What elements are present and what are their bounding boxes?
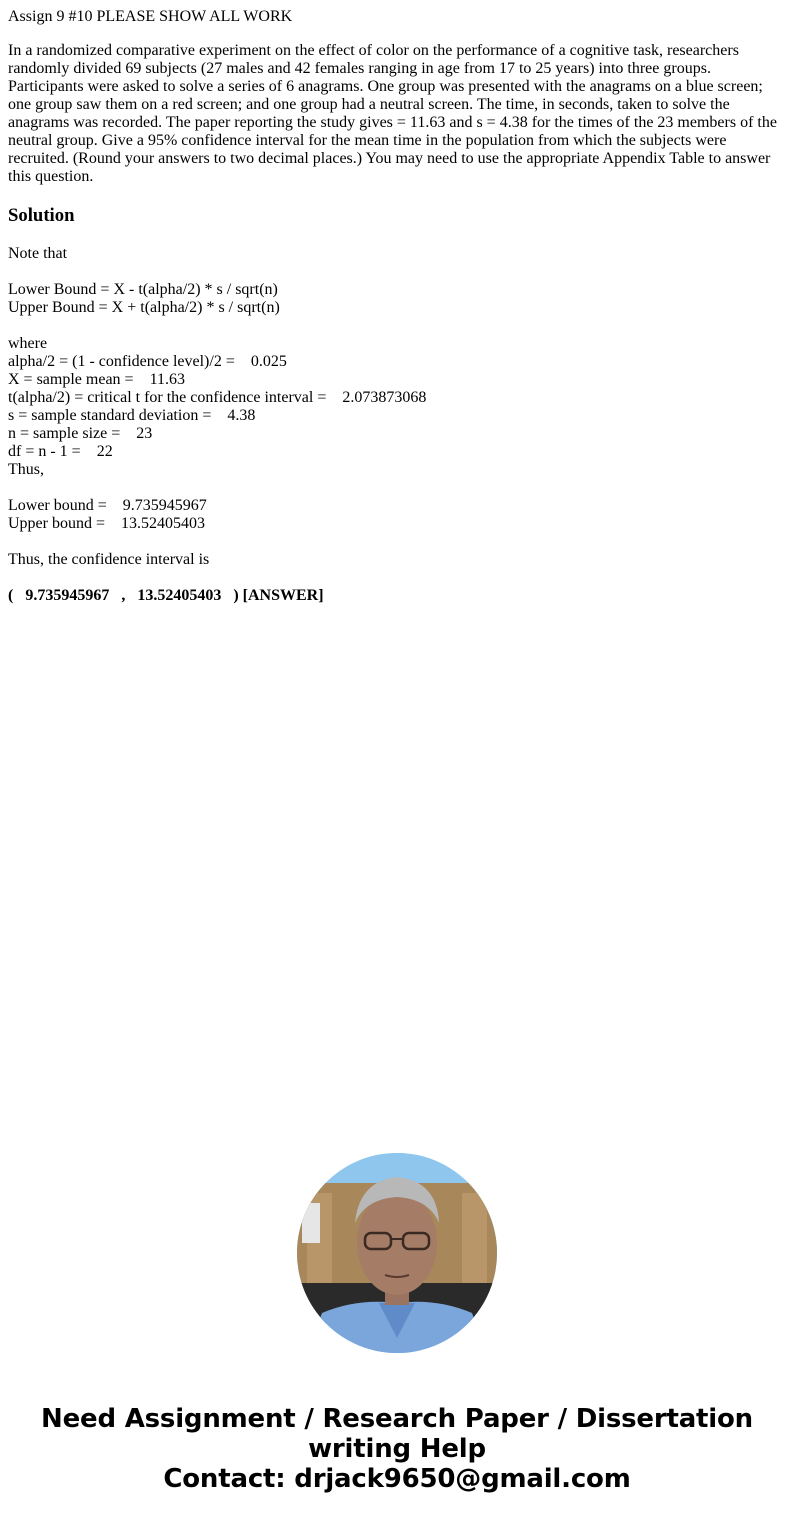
solution-line [8,533,786,551]
solution-body: Note that Lower Bound = X - t(alpha/2) *… [8,245,786,605]
solution-line [8,479,786,497]
document-title: Assign 9 #10 PLEASE SHOW ALL WORK [8,8,786,26]
lower-bound-formula: Lower Bound = X - t(alpha/2) * s / sqrt(… [8,281,786,299]
alpha-line: alpha/2 = (1 - confidence level)/2 = 0.0… [8,353,786,371]
solution-line [8,317,786,335]
solution-line [8,263,786,281]
upper-bound-result: Upper bound = 13.52405403 [8,515,786,533]
solution-line [8,569,786,587]
person-photo-icon [297,1153,497,1353]
solution-line: Thus, [8,461,786,479]
solution-line: Thus, the confidence interval is [8,551,786,569]
lower-bound-result: Lower bound = 9.735945967 [8,497,786,515]
author-avatar [297,1153,497,1353]
promo-line-2: writing Help [0,1434,794,1464]
solution-line: Note that [8,245,786,263]
promo-line-1: Need Assignment / Research Paper / Disse… [0,1404,794,1434]
document-body: Assign 9 #10 PLEASE SHOW ALL WORK In a r… [0,0,794,605]
df-line: df = n - 1 = 22 [8,443,786,461]
promo-banner: Need Assignment / Research Paper / Disse… [0,1404,794,1494]
std-dev-line: s = sample standard deviation = 4.38 [8,407,786,425]
promo-contact: Contact: drjack9650@gmail.com [0,1464,794,1494]
sample-mean-line: X = sample mean = 11.63 [8,371,786,389]
solution-heading: Solution [8,205,786,227]
sample-size-line: n = sample size = 23 [8,425,786,443]
final-answer: ( 9.735945967 , 13.52405403 ) [ANSWER] [8,587,786,605]
critical-t-line: t(alpha/2) = critical t for the confiden… [8,389,786,407]
solution-line: where [8,335,786,353]
upper-bound-formula: Upper Bound = X + t(alpha/2) * s / sqrt(… [8,299,786,317]
problem-statement: In a randomized comparative experiment o… [8,42,786,186]
